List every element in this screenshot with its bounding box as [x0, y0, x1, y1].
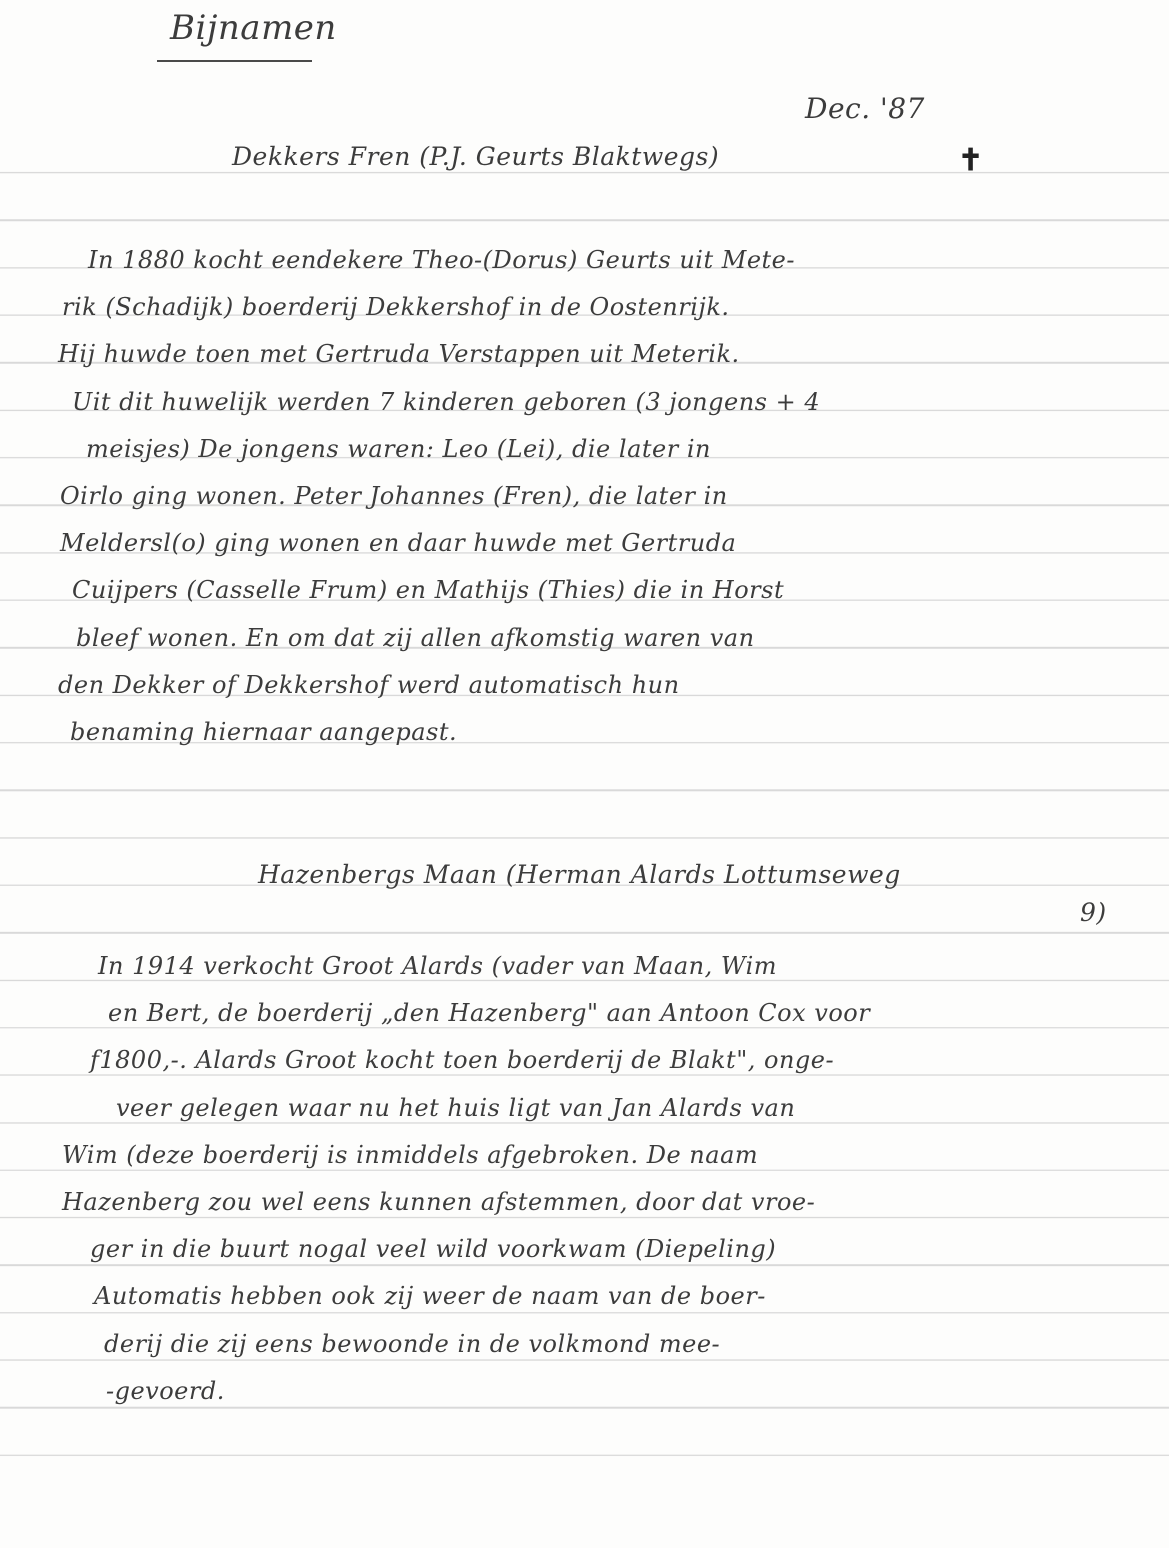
text-line: Uit dit huwelijk werden 7 kinderen gebor… — [72, 388, 820, 416]
lined-paper — [0, 0, 1169, 1548]
text-line: Cuijpers (Casselle Frum) en Mathijs (Thi… — [72, 576, 784, 604]
text-line: Wim (deze boerderij is inmiddels afgebro… — [62, 1141, 758, 1169]
text-line: benaming hiernaar aangepast. — [70, 718, 457, 746]
text-line: den Dekker of Dekkershof werd automatisc… — [58, 671, 680, 699]
text-line: In 1880 kocht eendekere Theo-(Dorus) Geu… — [88, 246, 795, 274]
text-line: veer gelegen waar nu het huis ligt van J… — [116, 1094, 795, 1122]
text-line: f1800,-. Alards Groot kocht toen boerder… — [90, 1046, 834, 1074]
text-line: rik (Schadijk) boerderij Dekkershof in d… — [62, 293, 730, 321]
text-line: -gevoerd. — [106, 1377, 225, 1405]
text-line: ger in die buurt nogal veel wild voorkwa… — [90, 1235, 776, 1263]
text-line: Oirlo ging wonen. Peter Johannes (Fren),… — [60, 482, 728, 510]
text-line: en Bert, de boerderij „den Hazenberg" aa… — [108, 999, 870, 1027]
text-line: bleef wonen. En om dat zij allen afkomst… — [76, 624, 755, 652]
document-title: Bijnamen — [170, 8, 337, 48]
title-underline — [157, 60, 312, 62]
section-heading-continuation: 9) — [1080, 898, 1107, 927]
text-line: derij die zij eens bewoonde in de volkmo… — [104, 1330, 720, 1358]
cross-icon: ✝ — [958, 143, 983, 178]
text-line: Meldersl(o) ging wonen en daar huwde met… — [60, 529, 736, 557]
text-line: Hij huwde toen met Gertruda Verstappen u… — [58, 340, 740, 368]
text-line: Automatis hebben ook zij weer de naam va… — [94, 1282, 766, 1310]
text-line: Hazenberg zou wel eens kunnen afstemmen,… — [62, 1188, 815, 1216]
section-heading-dekkers-fren: Dekkers Fren (P.J. Geurts Blaktwegs) — [232, 142, 719, 171]
document-date: Dec. '87 — [805, 92, 925, 125]
text-line: In 1914 verkocht Groot Alards (vader van… — [98, 952, 777, 980]
text-line: meisjes) De jongens waren: Leo (Lei), di… — [86, 435, 711, 463]
section-heading-hazenbergs-maan: Hazenbergs Maan (Herman Alards Lottumsew… — [258, 860, 901, 889]
